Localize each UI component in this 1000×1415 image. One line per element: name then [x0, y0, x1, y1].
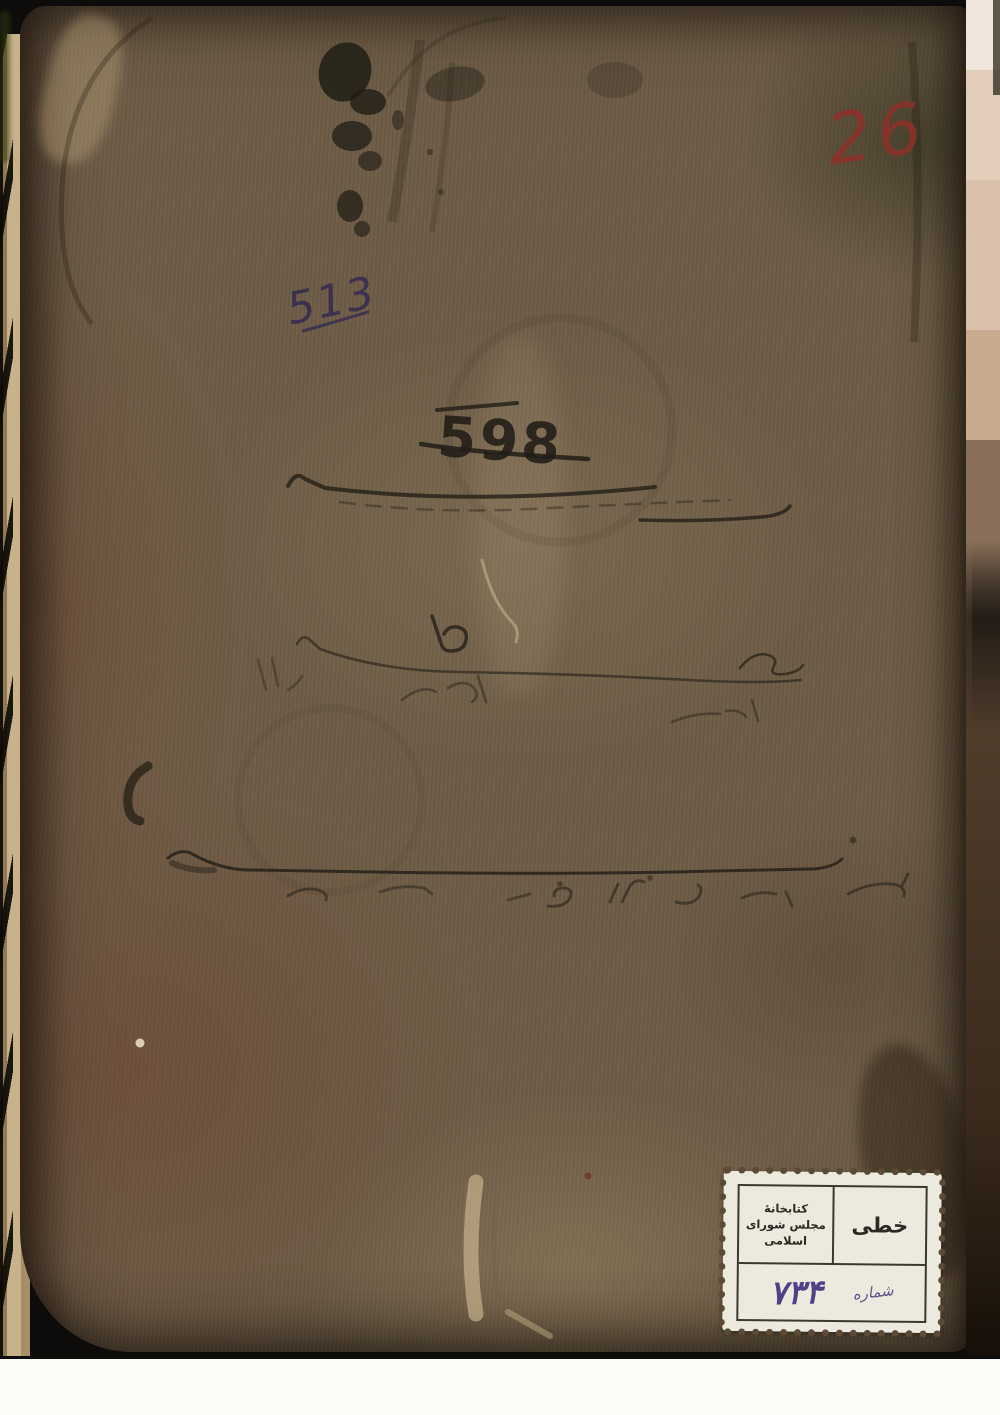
page-edges-right-shadow	[993, 0, 1000, 95]
number-word-handwritten: شماره	[852, 1282, 895, 1304]
library-stamp-frame: کتابخانهٔ مجلس شورای اسلامی خطی شماره ۷۳…	[736, 1184, 927, 1323]
manuscript-type-label: خطی	[834, 1187, 926, 1264]
cover-right-edge-dark	[966, 560, 1000, 1356]
page-edges-left-ragged	[0, 34, 13, 1356]
library-name-line3: اسلامی	[764, 1232, 807, 1249]
shelf-number-handwritten: ۷۳۴	[769, 1272, 823, 1312]
left-edge-green-stain	[0, 12, 10, 162]
center-worn-patch	[475, 336, 565, 696]
library-stamp-top-row: کتابخانهٔ مجلس شورای اسلامی خطی	[739, 1186, 926, 1266]
leather-book-cover	[20, 6, 972, 1352]
scanner-white-band	[0, 1359, 1000, 1415]
library-name-line1: کتابخانهٔ	[764, 1200, 808, 1217]
manuscript-cover-photo: 513 598	[0, 0, 1000, 1415]
library-name: کتابخانهٔ مجلس شورای اسلامی	[739, 1186, 835, 1263]
library-name-line2: مجلس شورای	[746, 1216, 826, 1233]
library-stamp: کتابخانهٔ مجلس شورای اسلامی خطی شماره ۷۳…	[722, 1171, 942, 1333]
top-left-corner-wear	[29, 8, 133, 170]
library-stamp-number-row: شماره ۷۳۴	[738, 1264, 925, 1321]
